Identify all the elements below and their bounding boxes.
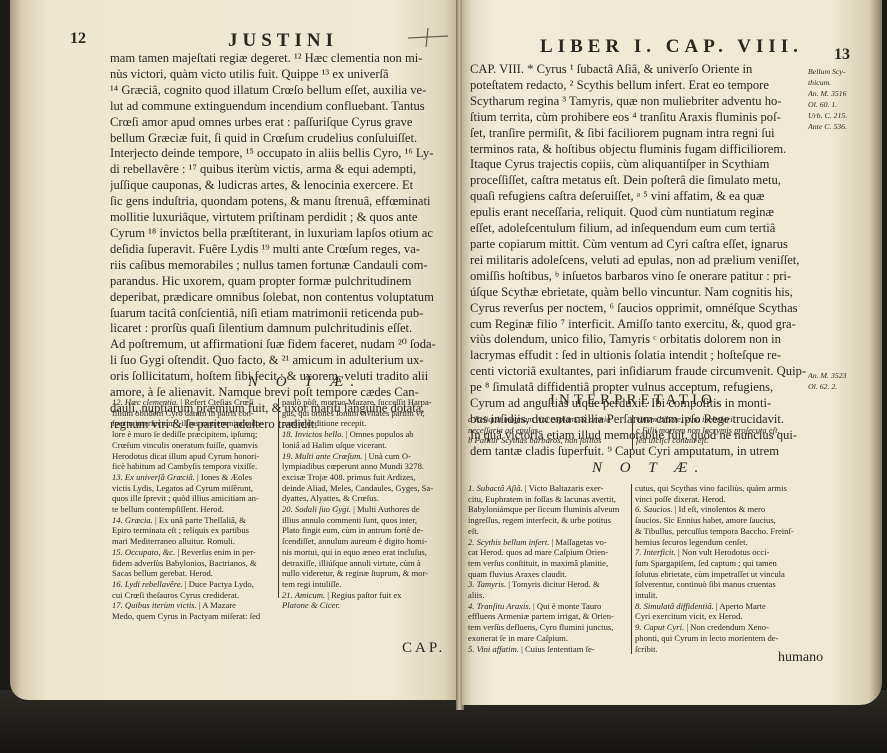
note-line: 18. Invictos bello. | Omnes populos ab	[282, 429, 454, 440]
note-line: Plato fingit eum, cùm in antrum fortè de…	[282, 525, 454, 536]
note-line: 17. Quibus iterùm victis. | A Mazare	[112, 600, 276, 611]
note-line: ſpectu interfectum ; illius matrem nimio…	[112, 418, 276, 429]
text-line: ſet, tranſire permiſit, & ſibi faciliore…	[470, 126, 812, 142]
note-line: deinde Aliad, Meles, Candaules, Gyges, S…	[282, 483, 454, 494]
text-line: nùs victori, quàm victo utilis fuit. Qui…	[110, 67, 458, 83]
note-text: | Ex unâ parte Theſſaliâ, &	[153, 515, 246, 525]
note-text: | Aperto Marte	[714, 601, 766, 611]
running-head: JUSTINI	[228, 30, 338, 52]
text-line: parte copiarum mittit. Cùm ventum ad Cyr…	[470, 237, 812, 253]
note-lemma: 9. Caput Cyri.	[635, 622, 684, 632]
note-line: ficè habitum ad Cambyſis tempora vixiſſe…	[112, 461, 276, 472]
note-lemma: 17. Quibus iterùm victis.	[112, 600, 197, 610]
note-text: cutus, qui Scythas vino faciliùs, quàm a…	[635, 483, 787, 493]
note-line: eſt.	[468, 526, 628, 537]
note-text: excisæ Trojæ 408. primus fuit Ardizes,	[282, 472, 415, 482]
text-line: dem tantæ cladis ſuperfuit. ⁹ Caput Cyri…	[470, 444, 812, 460]
text-line: Itaque Cyrus trajectis copiis, cùm aliqu…	[470, 157, 812, 173]
note-text: nullo videretur, & reginæ ſtuprum, & mor…	[282, 568, 428, 578]
note-text: victis Lydis, Legatos ad Cyrum miſêrunt,	[112, 483, 253, 493]
note-line: cutus, qui Scythas vino faciliùs, quàm a…	[635, 483, 805, 494]
text-line: eſſet, adoleſcentulum filium, ad inſeque…	[470, 221, 812, 237]
note-text: | Qui è monte Tauro	[531, 601, 601, 611]
interpretatio-right: vinum bibere, vino inebriari. c Filii mo…	[636, 414, 816, 446]
margin-note-line: Ol. 60. 1.	[808, 99, 847, 110]
interpretatio-left: a Reliquit magnam vini copiam, & omniane…	[468, 414, 630, 446]
margin-note-line: Ante C. 536.	[808, 121, 847, 132]
note-text: partim deditione recepit.	[282, 418, 366, 428]
left-page: 12 JUSTINI mam tamen majeſtati regiæ deg…	[10, 0, 458, 700]
note-text: gus, qui omnes Ionum civitates partim vi…	[282, 408, 425, 418]
note-text: tem verſus conſtituit, in maximâ planiti…	[468, 558, 608, 568]
text-line: Crœſi amor apud omnes urbes erat : paſſu…	[110, 115, 458, 131]
note-line: 6. Saucios. | Id eſt, vinolentos & mero	[635, 504, 805, 515]
note-line: ſolutus ebrietate, cùm impetraſſet ut vi…	[635, 569, 805, 580]
note-line: illius annulo commenti ſunt, quos inter,	[282, 515, 454, 526]
note-text: | Reverſus enim in per-	[175, 547, 256, 557]
note-line: fidem adverſùs Babylonios, Bactrianos, &	[112, 558, 276, 569]
note-line: excisæ Trojæ 408. primus fuit Ardizes,	[282, 472, 454, 483]
note-text: aliis.	[468, 590, 484, 600]
marginal-dates-bottom: An. M. 3523Ol. 62. 2.	[808, 370, 847, 392]
note-line: Crœſum vinculis oneratum fuiſſe, quamvis	[112, 440, 276, 451]
note-text: hemius ſecuros legendum cenſet.	[635, 537, 748, 547]
page-number: 12	[70, 30, 86, 48]
note-line: Herodotus dicat illum apud Cyrum honori-	[112, 451, 276, 462]
note-text: ſcendiſſet, annulum aureum è digito homi…	[282, 536, 427, 546]
column-divider	[631, 484, 632, 654]
note-lemma: 12. Hæc clementia.	[112, 397, 178, 407]
note-line: filium obſidem Cyro datum in patris con-	[112, 408, 276, 419]
text-line: ſtium territa, cùm prohibere eos ⁴ tranſ…	[470, 110, 812, 126]
note-lemma: 16. Lydi rebellavêre.	[112, 579, 183, 589]
note-text: illius annulo commenti ſunt, quos inter,	[282, 515, 417, 525]
note-line: 3. Tamyris. | Tomyris dicitur Herod. &	[468, 579, 628, 590]
note-text: cui Crœſi theſauros Cyrus crediderat.	[112, 590, 239, 600]
notes-column-left: 1. Subactâ Aſiâ. | Victo Baltazaris exer…	[468, 483, 628, 654]
note-lemma: 5. Vini affatim.	[468, 644, 519, 654]
text-line: mam tamen majeſtati regiæ degeret. ¹² Hæ…	[110, 51, 458, 67]
notes-column-right: paulò pòſt, mortuo Mazare, ſucceſſit Har…	[282, 397, 454, 611]
note-text: intulit.	[635, 590, 658, 600]
note-lemma: 13. Ex univerſâ Græciâ.	[112, 472, 195, 482]
catchword: CAP.	[402, 640, 445, 657]
note-text: ſum Spargapiſem, ſed captum ; qui tamen	[635, 558, 777, 568]
note-text: exonerat ſe in mare Caſpium.	[468, 633, 568, 643]
note-line: aliis.	[468, 590, 628, 601]
note-text: paulò pòſt, mortuo Mazare, ſucceſſit Har…	[282, 397, 432, 407]
note-line: Platone & Cicer.	[282, 600, 454, 611]
note-line: 4. Tranſitu Araxis. | Qui è monte Tauro	[468, 601, 628, 612]
catchword: humano	[778, 650, 823, 666]
note-text: | Multi Authores de	[351, 504, 420, 514]
note-lemma: 19. Multi ante Crœſum.	[282, 451, 362, 461]
interpretatio-line: ſed ulciſci conata eſt.	[636, 435, 816, 446]
note-lemma: 7. Interficit.	[635, 547, 676, 557]
note-text: Herodotus dicat illum apud Cyrum honori-	[112, 451, 259, 461]
note-line: vinci poſſe dixerat. Herod.	[635, 494, 805, 505]
note-lemma: 8. Simulatâ diffidentiâ.	[635, 601, 714, 611]
note-lemma: Platone & Cicer.	[282, 600, 340, 610]
note-line: intulit.	[635, 590, 805, 601]
note-text: | Cuius ſententiam ſe-	[519, 644, 595, 654]
text-line: cum Reginæ filio ⁷ interficit. Amiſſo ta…	[470, 317, 812, 333]
note-line: 21. Amicum. | Regius paſtor fuit ex	[282, 590, 454, 601]
note-line: 15. Occupato, &c. | Reverſus enim in per…	[112, 547, 276, 558]
note-text: | Duce Pactya Lydo,	[183, 579, 254, 589]
note-line: te bellum contempſiſſent. Herod.	[112, 504, 276, 515]
text-line: Interjecto deinde tempore, ¹⁵ occupato i…	[110, 146, 458, 162]
text-line: ſic gens induſtria, quondam potens, & ma…	[110, 194, 458, 210]
note-lemma: 2. Scythis bellum infert.	[468, 537, 549, 547]
note-line: 9. Caput Cyri. | Non credendum Xeno-	[635, 622, 805, 633]
note-line: cui Crœſi theſauros Cyrus crediderat.	[112, 590, 276, 601]
note-text: lympiadibus cœperunt anno Mundi 3278.	[282, 461, 424, 471]
note-line: 14. Græcia. | Ex unâ parte Theſſaliâ, &	[112, 515, 276, 526]
interpretatio-line: neceſſaria ad epulas.	[468, 425, 630, 436]
note-text: | Maſſagetas vo-	[549, 537, 606, 547]
note-lemma: 4. Tranſitu Araxis.	[468, 601, 531, 611]
note-line: mari Mediterraneo alluitur. Romuli.	[112, 536, 276, 547]
note-line: nullo videretur, & reginæ ſtuprum, & mor…	[282, 568, 454, 579]
note-line: phonti, qui Cyrum in lecto morientem de-	[635, 633, 805, 644]
note-lemma: 20. Sodali ſuo Gygi.	[282, 504, 351, 514]
note-line: ſaucios. Sic Ennius habet, amore ſaucius…	[635, 515, 805, 526]
right-page: LIBER I. CAP. VIII. 13 CAP. VIII. * Cyru…	[462, 0, 882, 705]
note-text: | Regius paſtor fuit ex	[325, 590, 401, 600]
text-line: proceſſiſſet, caſtra metatus eſt. Dein p…	[470, 173, 812, 189]
note-text: | Unà cum O-	[362, 451, 411, 461]
note-line: paulò pòſt, mortuo Mazare, ſucceſſit Har…	[282, 397, 454, 408]
note-line: lympiadibus cœperunt anno Mundi 3278.	[282, 461, 454, 472]
note-line: 20. Sodali ſuo Gygi. | Multi Authores de	[282, 504, 454, 515]
margin-note-line: thicum.	[808, 77, 847, 88]
note-lemma: 14. Græcia.	[112, 515, 153, 525]
note-text: citu, Euphratem in foſſas & lacunas aver…	[468, 494, 616, 504]
note-line: ſum Spargapiſem, ſed captum ; qui tamen	[635, 558, 805, 569]
note-text: Plato fingit eum, cùm in antrum fortè de…	[282, 525, 423, 535]
interpretatio-line: a Reliquit magnam vini copiam, & omnia	[468, 414, 630, 425]
text-line: di rebellavêre : ¹⁷ quibus iterùm victis…	[110, 162, 458, 178]
column-divider	[632, 415, 633, 449]
text-line: Ad poſtremum, ut affirmationi ſuæ fidem …	[110, 337, 458, 353]
margin-note-line: Urb. C. 215.	[808, 110, 847, 121]
note-text: ſaucios. Sic Ennius habet, amore ſaucius…	[635, 515, 776, 525]
margin-note-line: An. M. 3516	[808, 88, 847, 99]
text-line: rei militaris adoleſcens, veluti ad epul…	[470, 253, 812, 269]
text-line: viùs dolendum, unico filio, Tamyris ᶜ or…	[470, 332, 812, 348]
note-text: ingreſſus, regem interfecit, & urbe poti…	[468, 515, 611, 525]
notes-heading: N O T Æ.	[592, 460, 705, 477]
note-line: detraxiſſe, illiúſque annuli virtute, cù…	[282, 558, 454, 569]
note-lemma: 1. Subactâ Aſiâ.	[468, 483, 523, 493]
note-line: lore è muro ſe dediſſe præcipitem, ipſum…	[112, 429, 276, 440]
text-line: terminos rata, & hoſtibus objectu flumin…	[470, 142, 812, 158]
note-text: eſt.	[468, 526, 479, 536]
interpretatio-line: vinum bibere, vino inebriari.	[636, 414, 816, 425]
marginal-dates-top: Bellum Scy-thicum.An. M. 3516Ol. 60. 1.U…	[808, 66, 847, 132]
note-text: phonti, qui Cyrum in lecto morientem de-	[635, 633, 778, 643]
note-lemma: 18. Invictos bello.	[282, 429, 344, 439]
note-text: | Refert Cteſias Crœſi	[178, 397, 253, 407]
margin-note-line: An. M. 3523	[808, 370, 847, 381]
note-lemma: 6. Saucios.	[635, 504, 672, 514]
note-text: | Victo Baltazaris exer-	[523, 483, 604, 493]
note-text: te bellum contempſiſſent. Herod.	[112, 504, 224, 514]
page-number: 13	[834, 46, 850, 64]
note-text: filium obſidem Cyro datum in patris con-	[112, 408, 254, 418]
text-line: quaſi refugiens caſtra deſeruiſſet, ᵃ ⁵ …	[470, 189, 812, 205]
note-text: ſpectu interfectum ; illius matrem nimio…	[112, 418, 263, 428]
text-line: centi victoriâ exultantes, pari inſidiar…	[470, 364, 812, 380]
note-text: tem verſùs defluens, Cyro flumini junctu…	[468, 622, 613, 632]
note-line: exonerat ſe in mare Caſpium.	[468, 633, 628, 644]
note-line: tem regi intuliſſe.	[282, 579, 454, 590]
notes-heading: N O T Æ.	[248, 374, 361, 391]
column-divider	[278, 398, 279, 598]
interpretatio-line: b Patitur Scythas barbaros, non ſolitos	[468, 435, 630, 446]
notes-column-right: cutus, qui Scythas vino faciliùs, quàm a…	[635, 483, 805, 654]
text-line: lacrymas effudit : ſed in ultionis ſolat…	[470, 348, 812, 364]
margin-note-line: Ol. 62. 2.	[808, 381, 847, 392]
note-text: quos ille ſprevit ; quòd illius amicitia…	[112, 493, 259, 503]
text-line: epulis erant neceſſaria, reliquit. Quod …	[470, 205, 812, 221]
notes-column-left: 12. Hæc clementia. | Refert Cteſias Crœſ…	[112, 397, 276, 622]
note-text: quam fluvius Araxes claudit.	[468, 569, 567, 579]
note-line: tem verſùs defluens, Cyro flumini junctu…	[468, 622, 628, 633]
note-text: ſolutus ebrietate, cùm impetraſſet ut vi…	[635, 569, 785, 579]
note-text: mari Mediterraneo alluitur. Romuli.	[112, 536, 235, 546]
note-text: | A Mazare	[197, 600, 236, 610]
text-line: úſque Scythæ ebrietate, quàm bello vincu…	[470, 285, 812, 301]
note-text: Crœſum vinculis oneratum fuiſſe, quamvis	[112, 440, 258, 450]
note-text: Sacas bellum gerebat. Herod.	[112, 568, 213, 578]
note-text: vinci poſſe dixerat. Herod.	[635, 494, 725, 504]
note-text: | Omnes populos ab	[344, 429, 414, 439]
text-line: omiſſis hoſtibus, ᵇ inſuetos barbaros vi…	[470, 269, 812, 285]
note-line: cat Herod. quos ad mare Caſpium Orien-	[468, 547, 628, 558]
note-line: 19. Multi ante Crœſum. | Unà cum O-	[282, 451, 454, 462]
note-line: Cyri exercitum vicit, ex Herod.	[635, 611, 805, 622]
note-lemma: 3. Tamyris.	[468, 579, 506, 589]
note-text: detraxiſſe, illiúſque annuli virtute, cù…	[282, 558, 421, 568]
note-line: 1. Subactâ Aſiâ. | Victo Baltazaris exer…	[468, 483, 628, 494]
margin-note-line: Bellum Scy-	[808, 66, 847, 77]
note-lemma: 21. Amicum.	[282, 590, 325, 600]
interpretatio-heading: INTERPRETATIO.	[550, 392, 724, 409]
note-text: lore è muro ſe dediſſe præcipitem, ipſum…	[112, 429, 257, 439]
note-text: ſcribit.	[635, 644, 658, 654]
text-line: mollitie luxuriâque, virtutem priſtinam …	[110, 210, 458, 226]
text-line: deperibat, prædicare omnibus ſolebat, no…	[110, 290, 458, 306]
note-line: partim deditione recepit.	[282, 418, 454, 429]
note-line: ſcendiſſet, annulum aureum è digito homi…	[282, 536, 454, 547]
text-line: poteſtatem redacto, ² Scythis bellum inf…	[470, 78, 812, 94]
note-text: fidem adverſùs Babylonios, Bactrianos, &	[112, 558, 257, 568]
note-line: quos ille ſprevit ; quòd illius amicitia…	[112, 493, 276, 504]
note-line: effluens Armeniæ partem irrigat, & Orien…	[468, 611, 628, 622]
interpretatio-line: c Filii mortem non lacrymis proſecuta eſ…	[636, 425, 816, 436]
text-line: parandus. Hic uxorem, quam propter formæ…	[110, 274, 458, 290]
note-text: Medo, quem Cyrus in Pactyam miſerat: ſed	[112, 611, 260, 621]
note-text: & Tibullus, percuſſus tempora Baccho. Fr…	[635, 526, 794, 536]
note-line: ſolverentur, continuò ſibi manus cruenta…	[635, 579, 805, 590]
note-line: hemius ſecuros legendum cenſet.	[635, 537, 805, 548]
text-line: Cyrum ¹⁸ invictos bella præſtiterant, in…	[110, 226, 458, 242]
note-text: dyattes, Alyattes, & Crœſus.	[282, 493, 379, 503]
note-text: | Iones & Æoles	[195, 472, 252, 482]
note-text: deinde Aliad, Meles, Candaules, Gyges, S…	[282, 483, 433, 493]
note-line: 16. Lydi rebellavêre. | Duce Pactya Lydo…	[112, 579, 276, 590]
note-text: Cyri exercitum vicit, ex Herod.	[635, 611, 742, 621]
note-line: & Tibullus, percuſſus tempora Baccho. Fr…	[635, 526, 805, 537]
text-line: li ſuo Gygi oſtendit. Quo facto, & ²¹ am…	[110, 353, 458, 369]
text-line: CAP. VIII. * Cyrus ¹ ſubactâ Aſiâ, & uni…	[470, 62, 812, 78]
note-line: 5. Vini affatim. | Cuius ſententiam ſe-	[468, 644, 628, 655]
note-line: 7. Interficit. | Non vult Herodotus occi…	[635, 547, 805, 558]
note-text: ſolverentur, continuò ſibi manus cruenta…	[635, 579, 776, 589]
note-line: 13. Ex univerſâ Græciâ. | Iones & Æoles	[112, 472, 276, 483]
note-text: nis mortui, qui in equo æneo erat incluſ…	[282, 547, 427, 557]
text-line: deſidia ſuperavit. Fuêre Lydis ¹⁹ multi …	[110, 242, 458, 258]
note-line: quam fluvius Araxes claudit.	[468, 569, 628, 580]
note-text: | Tomyris dicitur Herod. &	[506, 579, 600, 589]
pencil-cross-mark	[406, 28, 450, 48]
text-line: Cyrus reverſus per noctem, ⁶ ſaucios opp…	[470, 301, 812, 317]
note-text: ficè habitum ad Cambyſis tempora vixiſſe…	[112, 461, 257, 471]
note-line: gus, qui omnes Ionum civitates partim vi…	[282, 408, 454, 419]
note-text: tem regi intuliſſe.	[282, 579, 341, 589]
text-line: riis caſibus memorabiles ; nullus tamen …	[110, 258, 458, 274]
running-head: LIBER I. CAP. VIII.	[540, 36, 803, 58]
note-line: victis Lydis, Legatos ad Cyrum miſêrunt,	[112, 483, 276, 494]
text-line: ¹⁴ Græciâ, cognito quod illatum Crœſo be…	[110, 83, 458, 99]
text-line: juſſique cauponas, & ludicras artes, & l…	[110, 178, 458, 194]
note-line: 12. Hæc clementia. | Refert Cteſias Crœſ…	[112, 397, 276, 408]
note-text: | Id eſt, vinolentos & mero	[672, 504, 765, 514]
text-line: bellum Græciæ fuit, ſi quid in Crœſum cr…	[110, 131, 458, 147]
note-line: 8. Simulatâ diffidentiâ. | Aperto Marte	[635, 601, 805, 612]
note-line: dyattes, Alyattes, & Crœſus.	[282, 493, 454, 504]
note-text: Ioniâ ad Halim uſque vicerant.	[282, 440, 387, 450]
note-text: Babyloniámque per ſiccum fluminis alveum	[468, 504, 619, 514]
note-line: nis mortui, qui in equo æneo erat incluſ…	[282, 547, 454, 558]
note-line: Ioniâ ad Halim uſque vicerant.	[282, 440, 454, 451]
text-line: lut ad commune extinguendum incendium co…	[110, 99, 458, 115]
text-line: ſuarum tacitâ conſcientiâ, niſi etiam ma…	[110, 306, 458, 322]
note-line: Epiro terminata eſt ; reliquis ex partib…	[112, 525, 276, 536]
note-text: cat Herod. quos ad mare Caſpium Orien-	[468, 547, 608, 557]
note-line: Medo, quem Cyrus in Pactyam miſerat: ſed	[112, 611, 276, 622]
note-text: Epiro terminata eſt ; reliquis ex partib…	[112, 525, 249, 535]
note-line: Sacas bellum gerebat. Herod.	[112, 568, 276, 579]
note-text: effluens Armeniæ partem irrigat, & Orien…	[468, 611, 614, 621]
note-text: | Non credendum Xeno-	[684, 622, 769, 632]
note-line: Babyloniámque per ſiccum fluminis alveum	[468, 504, 628, 515]
note-lemma: 15. Occupato, &c.	[112, 547, 175, 557]
note-line: 2. Scythis bellum infert. | Maſſagetas v…	[468, 537, 628, 548]
note-line: ingreſſus, regem interfecit, & urbe poti…	[468, 515, 628, 526]
note-text: | Non vult Herodotus occi-	[676, 547, 770, 557]
text-line: Scytharum regina ³ Tamyris, quæ non muli…	[470, 94, 812, 110]
text-line: licaret : prorſùs quaſi ſilentium damnum…	[110, 321, 458, 337]
note-line: tem verſus conſtituit, in maximâ planiti…	[468, 558, 628, 569]
note-line: citu, Euphratem in foſſas & lacunas aver…	[468, 494, 628, 505]
